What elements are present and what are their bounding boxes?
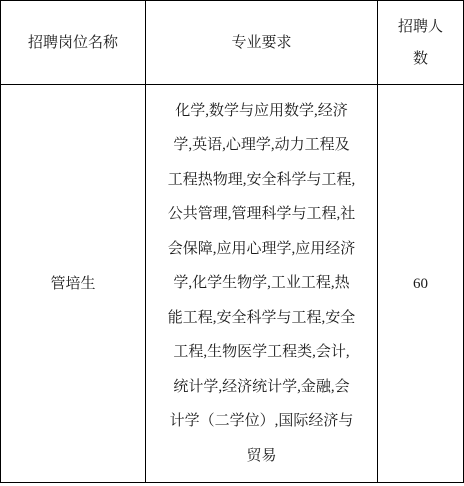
header-count-label-line2: 数 [413, 43, 428, 75]
header-position-label: 招聘岗位名称 [28, 26, 118, 60]
majors-text-line: 贸易 [246, 439, 276, 474]
majors-text-line: 公共管理,管理科学与工程,社 [168, 197, 356, 232]
count-cell: 60 [378, 85, 463, 482]
header-position-name: 招聘岗位名称 [1, 1, 146, 84]
majors-cell: 化学,数学与应用数学,经济 学,英语,心理学,动力工程及 工程热物理,安全科学与… [146, 85, 378, 482]
majors-text-line: 学,英语,心理学,动力工程及 [173, 128, 349, 163]
majors-text-line: 化学,数学与应用数学,经济 [175, 94, 348, 129]
majors-text-line: 工程,生物医学工程类,会计, [173, 335, 349, 370]
table-header-row: 招聘岗位名称 专业要求 招聘人 数 [1, 1, 463, 85]
recruitment-table: 招聘岗位名称 专业要求 招聘人 数 管培生 化学,数学与应用数学,经济 学,英语… [0, 0, 464, 483]
majors-text-line: 工程热物理,安全科学与工程, [168, 163, 356, 198]
position-cell: 管培生 [1, 85, 146, 482]
majors-text-line: 会保障,应用心理学,应用经济 [168, 232, 356, 267]
header-major-requirement: 专业要求 [146, 1, 378, 84]
majors-text-line: 能工程,安全科学与工程,安全 [168, 301, 356, 336]
majors-text-line: 计学（二学位）,国际经济与 [170, 404, 354, 439]
majors-text-line: 统计学,经济统计学,金融,会 [173, 370, 349, 405]
header-major-label: 专业要求 [231, 26, 291, 60]
count-value: 60 [413, 267, 428, 301]
header-recruit-count: 招聘人 数 [378, 1, 463, 84]
table-row: 管培生 化学,数学与应用数学,经济 学,英语,心理学,动力工程及 工程热物理,安… [1, 85, 463, 482]
header-count-label-line1: 招聘人 [398, 11, 443, 43]
majors-text-line: 学,化学生物学,工业工程,热 [173, 266, 349, 301]
position-value: 管培生 [50, 267, 95, 301]
